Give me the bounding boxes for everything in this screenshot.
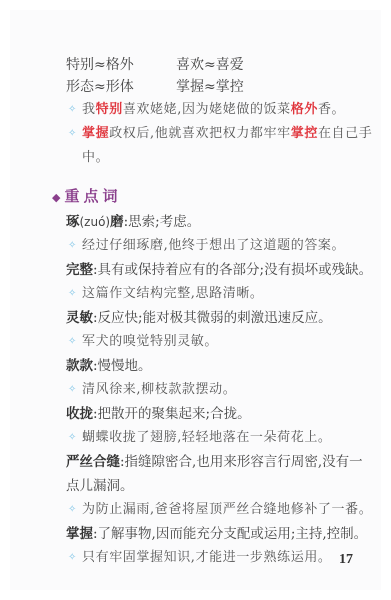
bullet-icon: ✧ [68,282,77,306]
term-definition: 严丝合缝:指缝隙密合,也用来形容言行周密,没有一点儿漏洞。 [66,450,376,498]
text: 这篇作文结构完整,思路清晰。 [82,286,264,301]
content: 特别≈格外 喜欢≈喜爱 形态≈形体 掌握≈掌控 ✧ 我特别喜欢姥姥,因为姥姥做的… [66,54,376,570]
highlight-word: 特别 [96,102,123,117]
example-sentence: ✧为防止漏雨,爸爸将屋顶严丝合缝地修补了一番。 [66,498,376,522]
bullet-icon: ✧ [68,546,77,570]
book-page: 特别≈格外 喜欢≈喜爱 形态≈形体 掌握≈掌控 ✧ 我特别喜欢姥姥,因为姥姥做的… [10,10,381,590]
synonym-row: 特别≈格外 喜欢≈喜爱 [66,54,376,76]
highlight-word: 格外 [291,102,318,117]
synonym-pair: 喜欢≈喜爱 [176,54,244,76]
highlight-word: 掌握 [82,126,109,141]
example-sentence: ✧ 掌握政权后,他就喜欢把权力都牢牢掌控在自己手中。 [66,122,376,170]
term-definition: 款款:慢慢地。 [66,354,376,378]
term-word: 收拢 [66,406,93,422]
example-sentence: ✧这篇作文结构完整,思路清晰。 [66,282,376,306]
term-word: 款款 [66,358,93,374]
synonym-pair: 掌握≈掌控 [176,76,244,98]
term-list: 琢(zuó)磨:思索;考虑。✧经过仔细琢磨,他终于想出了这道题的答案。完整:具有… [66,210,376,570]
bullet-icon: ✧ [68,378,77,402]
text: 只有牢固掌握知识,才能进一步熟练运用。 [82,550,332,565]
term-word: 磨 [110,214,124,230]
term-word: 掌握 [66,526,93,542]
definition: :把散开的聚集起来;合拢。 [93,406,251,422]
text: 清风徐来,柳枝款款摆动。 [82,382,236,397]
definition: :具有或保持着应有的各部分;没有损坏或残缺。 [93,262,372,278]
text: 蝴蝶收拢了翅膀,轻轻地落在一朵荷花上。 [82,430,332,445]
term-word: 灵敏 [66,310,93,326]
bullet-icon: ✧ [68,426,77,450]
text: 军犬的嗅觉特别灵敏。 [82,334,218,349]
term-definition: 掌握:了解事物,因而能充分支配或运用;主持,控制。 [66,522,376,546]
example-sentence: ✧清风徐来,柳枝款款摆动。 [66,378,376,402]
text: 为防止漏雨,爸爸将屋顶严丝合缝地修补了一番。 [82,502,372,517]
text: 香。 [318,102,345,117]
term-word: 完整 [66,262,93,278]
example-sentence: ✧经过仔细琢磨,他终于想出了这道题的答案。 [66,234,376,258]
term-word: 琢 [66,214,80,230]
text: 经过仔细琢磨,他终于想出了这道题的答案。 [82,238,345,253]
definition: :了解事物,因而能充分支配或运用;主持,控制。 [93,526,367,542]
term-definition: 完整:具有或保持着应有的各部分;没有损坏或残缺。 [66,258,376,282]
term-definition: 收拢:把散开的聚集起来;合拢。 [66,402,376,426]
synonym-pair: 形态≈形体 [66,76,176,98]
term-word: 严丝合缝 [66,454,120,470]
text: 我 [82,102,96,117]
definition: :思索;考虑。 [124,214,201,230]
example-sentence: ✧军犬的嗅觉特别灵敏。 [66,330,376,354]
bullet-icon: ✧ [68,330,77,354]
bullet-icon: ✧ [68,98,77,122]
text: 政权后,他就喜欢把权力都牢牢 [109,126,291,141]
example-sentence: ✧只有牢固掌握知识,才能进一步熟练运用。 [66,546,376,570]
section-title-text: 重点词 [64,187,121,205]
highlight-word: 掌控 [291,126,318,141]
example-sentence: ✧蝴蝶收拢了翅膀,轻轻地落在一朵荷花上。 [66,426,376,450]
section-title: ◆重点词 [52,184,376,210]
bullet-icon: ✧ [68,122,77,146]
text: 喜欢姥姥,因为姥姥做的饭菜 [123,102,291,117]
page-number: 17 [339,552,353,568]
synonym-pair: 特别≈格外 [66,54,176,76]
bullet-icon: ✧ [68,234,77,258]
synonym-row: 形态≈形体 掌握≈掌控 [66,76,376,98]
diamond-icon: ◆ [52,191,60,204]
definition: :慢慢地。 [93,358,152,374]
pinyin: (zuó) [80,215,111,229]
definition: :反应快;能对极其微弱的刺激迅速反应。 [93,310,332,326]
bullet-icon: ✧ [68,498,77,522]
term-definition: 灵敏:反应快;能对极其微弱的刺激迅速反应。 [66,306,376,330]
term-definition: 琢(zuó)磨:思索;考虑。 [66,210,376,234]
example-sentence: ✧ 我特别喜欢姥姥,因为姥姥做的饭菜格外香。 [66,98,376,122]
